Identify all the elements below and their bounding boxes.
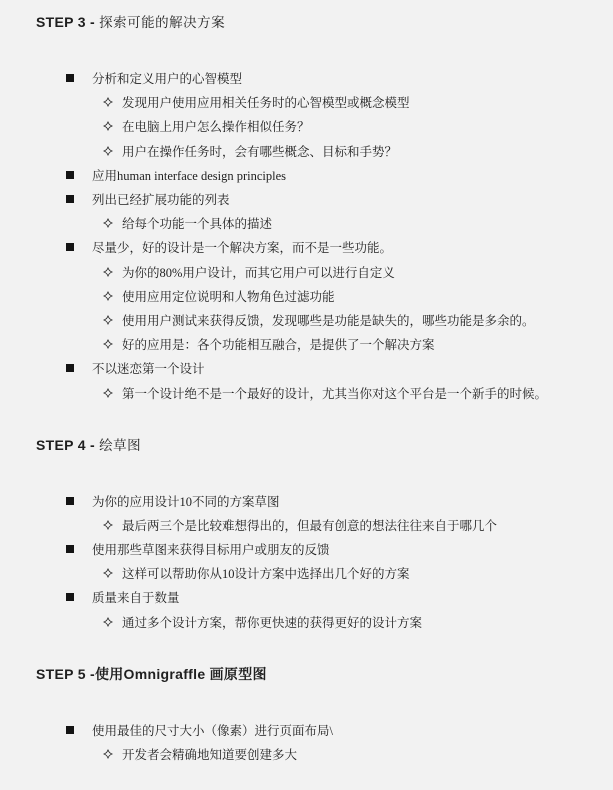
- bullet-item: 列出已经扩展功能的列表: [36, 187, 607, 211]
- item-text: 最后两三个是比较难想得出的，但最有创意的想法往往来自于哪几个: [122, 516, 497, 534]
- diamond-bullet-icon: [103, 749, 122, 759]
- section-heading: STEP 3 - 探索可能的解决方案: [36, 14, 607, 31]
- section-heading-text: 绘草图: [99, 438, 141, 453]
- sub-bullet-item: 给每个功能一个具体的描述: [36, 211, 607, 235]
- item-text: 尽量少，好的设计是一个解决方案，而不是一些功能。: [92, 238, 392, 256]
- item-text: 用户在操作任务时，会有哪些概念、目标和手势？: [122, 142, 397, 160]
- sub-bullet-item: 第一个设计绝不是一个最好的设计，尤其当你对这个平台是一个新手的时候。: [36, 380, 607, 404]
- diamond-bullet-icon: [103, 218, 122, 228]
- diamond-bullet-icon: [103, 339, 122, 349]
- step-section: STEP 5 -使用Omnigraffle 画原型图 使用最佳的尺寸大小（像素）…: [36, 666, 607, 766]
- sub-bullet-item: 开发者会精确地知道要创建多大: [36, 742, 607, 766]
- bullet-item: 分析和定义用户的心智模型: [36, 66, 607, 90]
- item-text: 使用用户测试来获得反馈，发现哪些是功能是缺失的，哪些功能是多余的。: [122, 311, 535, 329]
- item-text: 应用human interface design principles: [92, 166, 286, 184]
- diamond-bullet-icon: [103, 568, 122, 578]
- sub-bullet-item: 发现用户使用应用相关任务时的心智模型或概念模型: [36, 90, 607, 114]
- square-bullet-icon: [66, 726, 92, 734]
- diamond-bullet-icon: [103, 267, 122, 277]
- sub-bullet-item: 最后两三个是比较难想得出的，但最有创意的想法往往来自于哪几个: [36, 513, 607, 537]
- section-heading: STEP 4 - 绘草图: [36, 437, 607, 454]
- square-bullet-icon: [66, 364, 92, 372]
- sub-bullet-item: 在电脑上用户怎么操作相似任务？: [36, 114, 607, 138]
- bullet-item: 质量来自于数量: [36, 585, 607, 609]
- square-bullet-icon: [66, 171, 92, 179]
- section-heading-text: STEP 4 -: [36, 437, 99, 453]
- section-heading-text: STEP 3 -: [36, 14, 99, 30]
- section-list: 为你的应用设计10不同的方案草图 最后两三个是比较难想得出的，但最有创意的想法往…: [36, 489, 607, 634]
- sub-bullet-item: 通过多个设计方案，帮你更快速的获得更好的设计方案: [36, 610, 607, 634]
- section-list: 分析和定义用户的心智模型 发现用户使用应用相关任务时的心智模型或概念模型 在电脑…: [36, 66, 607, 405]
- item-text: 质量来自于数量: [92, 588, 180, 606]
- sub-bullet-item: 好的应用是：各个功能相互融合，是提供了一个解决方案: [36, 332, 607, 356]
- item-text: 分析和定义用户的心智模型: [92, 69, 242, 87]
- item-text: 使用应用定位说明和人物角色过滤功能: [122, 287, 335, 305]
- bullet-item: 尽量少，好的设计是一个解决方案，而不是一些功能。: [36, 235, 607, 259]
- section-heading-text: 探索可能的解决方案: [99, 15, 225, 30]
- item-text: 好的应用是：各个功能相互融合，是提供了一个解决方案: [122, 335, 435, 353]
- square-bullet-icon: [66, 593, 92, 601]
- step-section: STEP 4 - 绘草图 为你的应用设计10不同的方案草图 最后两三个是比较难想…: [36, 437, 607, 634]
- item-text: 为你的80%用户设计，而其它用户可以进行自定义: [122, 263, 395, 281]
- square-bullet-icon: [66, 545, 92, 553]
- item-text: 使用那些草图来获得目标用户或朋友的反馈: [92, 540, 330, 558]
- item-text: 不以迷恋第一个设计: [92, 359, 205, 377]
- square-bullet-icon: [66, 74, 92, 82]
- item-text: 给每个功能一个具体的描述: [122, 214, 272, 232]
- item-text: 通过多个设计方案，帮你更快速的获得更好的设计方案: [122, 613, 422, 631]
- section-list: 使用最佳的尺寸大小（像素）进行页面布局\ 开发者会精确地知道要创建多大: [36, 718, 607, 766]
- bullet-item: 应用human interface design principles: [36, 163, 607, 187]
- item-text: 在电脑上用户怎么操作相似任务？: [122, 117, 310, 135]
- sub-bullet-item: 这样可以帮助你从10设计方案中选择出几个好的方案: [36, 561, 607, 585]
- square-bullet-icon: [66, 243, 92, 251]
- diamond-bullet-icon: [103, 520, 122, 530]
- diamond-bullet-icon: [103, 291, 122, 301]
- bullet-item: 使用最佳的尺寸大小（像素）进行页面布局\: [36, 718, 607, 742]
- item-text: 列出已经扩展功能的列表: [92, 190, 230, 208]
- square-bullet-icon: [66, 195, 92, 203]
- section-heading: STEP 5 -使用Omnigraffle 画原型图: [36, 666, 607, 683]
- diamond-bullet-icon: [103, 121, 122, 131]
- bullet-item: 使用那些草图来获得目标用户或朋友的反馈: [36, 537, 607, 561]
- sub-bullet-item: 用户在操作任务时，会有哪些概念、目标和手势？: [36, 139, 607, 163]
- bullet-item: 不以迷恋第一个设计: [36, 356, 607, 380]
- sub-bullet-item: 使用用户测试来获得反馈，发现哪些是功能是缺失的，哪些功能是多余的。: [36, 308, 607, 332]
- outline-document: STEP 3 - 探索可能的解决方案 分析和定义用户的心智模型 发现用户使用应用…: [0, 0, 613, 790]
- item-text: 这样可以帮助你从10设计方案中选择出几个好的方案: [122, 564, 410, 582]
- item-text: 为你的应用设计10不同的方案草图: [92, 492, 280, 510]
- item-text: 使用最佳的尺寸大小（像素）进行页面布局\: [92, 721, 333, 739]
- item-text: 第一个设计绝不是一个最好的设计，尤其当你对这个平台是一个新手的时候。: [122, 384, 547, 402]
- item-text: 发现用户使用应用相关任务时的心智模型或概念模型: [122, 93, 410, 111]
- diamond-bullet-icon: [103, 388, 122, 398]
- diamond-bullet-icon: [103, 97, 122, 107]
- bullet-item: 为你的应用设计10不同的方案草图: [36, 489, 607, 513]
- square-bullet-icon: [66, 497, 92, 505]
- sub-bullet-item: 使用应用定位说明和人物角色过滤功能: [36, 284, 607, 308]
- diamond-bullet-icon: [103, 315, 122, 325]
- diamond-bullet-icon: [103, 617, 122, 627]
- step-section: STEP 3 - 探索可能的解决方案 分析和定义用户的心智模型 发现用户使用应用…: [36, 14, 607, 405]
- sub-bullet-item: 为你的80%用户设计，而其它用户可以进行自定义: [36, 260, 607, 284]
- item-text: 开发者会精确地知道要创建多大: [122, 745, 297, 763]
- section-heading-text: STEP 5 -使用Omnigraffle 画原型图: [36, 666, 267, 682]
- diamond-bullet-icon: [103, 146, 122, 156]
